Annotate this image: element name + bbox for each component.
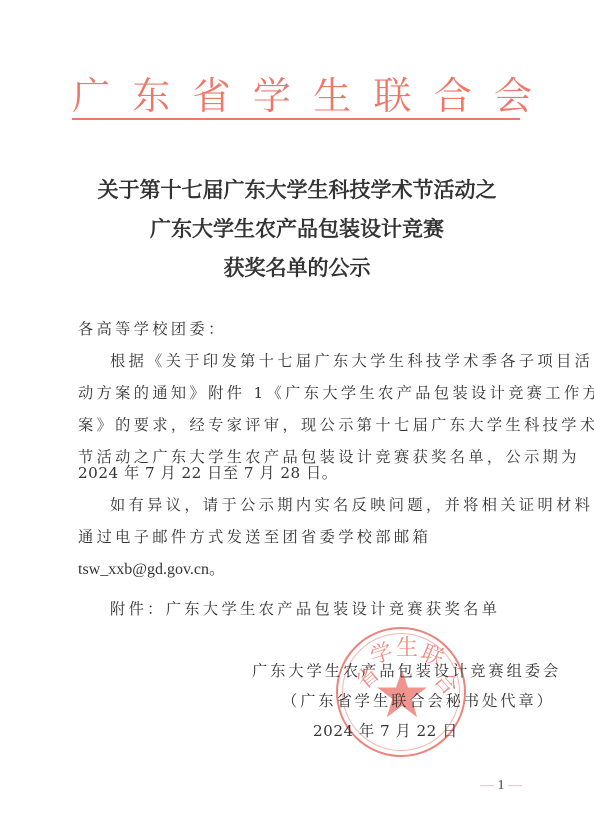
- contact-email[interactable]: tsw_xxb@gd.gov.cn。: [78, 556, 225, 579]
- paragraph-2-line: 通过电子邮件方式发送至团省委学校部邮箱: [78, 526, 431, 547]
- organization-name: 广 东 省 学 生 联 合 会: [72, 68, 532, 116]
- paragraph-1-line: 案》的要求，经专家评审，现公示第十七届广东大学生科技学术: [78, 414, 594, 435]
- org-char: 生: [313, 65, 351, 120]
- seal-char: 生: [396, 631, 418, 662]
- seal-note: （广东省学生联合会秘书处代章）: [282, 690, 555, 711]
- title-line-3: 获奖名单的公示: [0, 252, 594, 282]
- org-char: 合: [434, 65, 472, 120]
- committee-name: 广东大学生农产品包装设计竞赛组委会: [252, 660, 561, 681]
- org-char: 会: [494, 65, 532, 120]
- title-line-2: 广东大学生农产品包装设计竞赛: [0, 213, 594, 243]
- letterhead-divider: [72, 118, 520, 120]
- paragraph-1-line: 根据《关于印发第十七届广东大学生科技学术季各子项目活: [110, 350, 593, 371]
- org-char: 学: [253, 65, 291, 120]
- org-char: 联: [373, 65, 411, 120]
- page-number-value: 1: [498, 778, 505, 793]
- page-number: — 1 —: [480, 778, 522, 794]
- signature-date: 2024 年 7 月 22 日: [313, 720, 458, 741]
- page-dash-right: —: [508, 778, 522, 793]
- paragraph-1-line: 动方案的通知》附件 1《广东大学生农产品包装设计竞赛工作方: [78, 382, 594, 403]
- paragraph-2-line: 如有异议，请于公示期内实名反映问题，并将相关证明材料: [110, 494, 593, 515]
- org-char: 东: [132, 65, 170, 120]
- org-char: 广: [72, 65, 110, 120]
- salutation: 各高等学校团委：: [78, 318, 227, 339]
- publicity-period: 2024 年 7 月 22 日至 7 月 28 日。: [78, 462, 337, 483]
- org-char: 省: [193, 65, 231, 120]
- page-dash-left: —: [480, 778, 494, 793]
- title-line-1: 关于第十七届广东大学生科技学术节活动之: [0, 174, 594, 204]
- attachment-note: 附件：广东大学生农产品包装设计竞赛获奖名单: [110, 598, 500, 619]
